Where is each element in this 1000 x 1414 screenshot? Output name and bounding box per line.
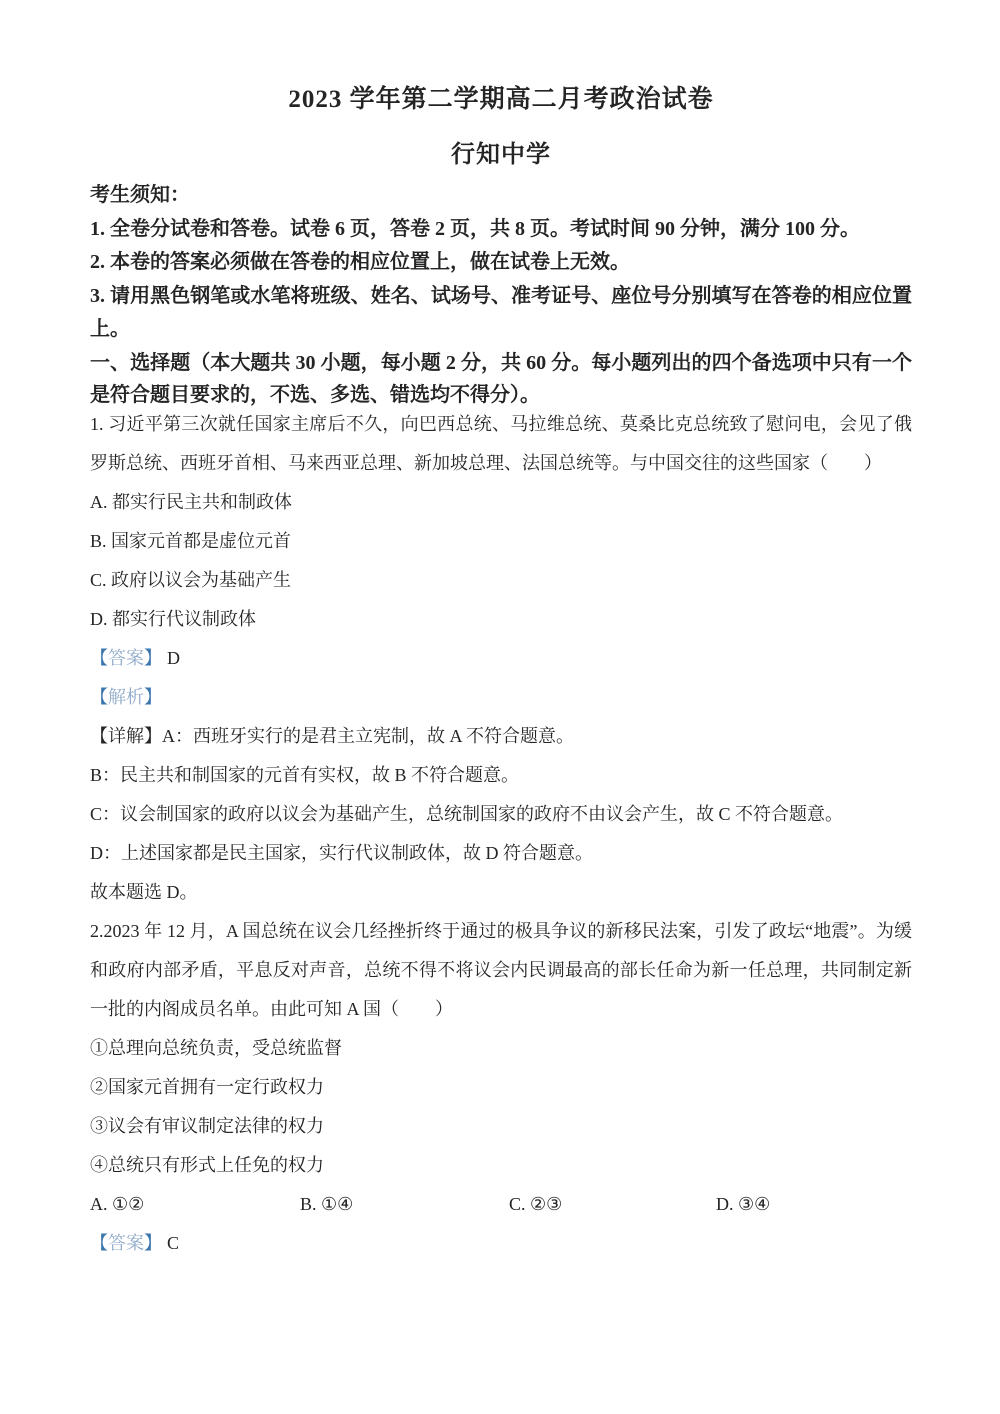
- question-2-options-row: A. ①② B. ①④ C. ②③ D. ③④: [90, 1185, 912, 1224]
- question-1-explanation-line-1: 【详解】A：西班牙实行的是君主立宪制，故 A 不符合题意。: [90, 717, 912, 756]
- question-2-answer-line: 【答案】C: [90, 1224, 912, 1263]
- analysis-bracket-close: 】: [144, 687, 162, 707]
- question-1-explanation-line-4: D：上述国家都是民主国家，实行代议制政体，故 D 符合题意。: [90, 834, 912, 873]
- answer-label: 答案: [108, 648, 144, 668]
- answer-bracket-open: 【: [90, 648, 108, 668]
- question-2-option-a: A. ①②: [90, 1185, 300, 1224]
- question-2-option-b: B. ①④: [300, 1185, 509, 1224]
- question-2-answer-value: C: [167, 1233, 179, 1253]
- exam-page: 2023 学年第二学期高二月考政治试卷 行知中学 考生须知： 1. 全卷分试卷和…: [0, 0, 1000, 1414]
- notice-item-2: 2. 本卷的答案必须做在答卷的相应位置上，做在试卷上无效。: [90, 246, 912, 280]
- answer-label: 答案: [108, 1233, 144, 1253]
- question-2-stem: 2.2023 年 12 月，A 国总统在议会几经挫折终于通过的极具争议的新移民法…: [90, 912, 912, 1029]
- question-2-statement-4: ④总统只有形式上任免的权力: [90, 1146, 912, 1185]
- answer-bracket-close: 】: [144, 648, 162, 668]
- analysis-bracket-open: 【: [90, 687, 108, 707]
- notice-item-1: 1. 全卷分试卷和答卷。试卷 6 页，答卷 2 页，共 8 页。考试时间 90 …: [90, 213, 912, 247]
- answer-bracket-close: 】: [144, 1233, 162, 1253]
- question-2-statement-1: ①总理向总统负责，受总统监督: [90, 1029, 912, 1068]
- question-1-option-a: A. 都实行民主共和制政体: [90, 483, 912, 522]
- exam-title: 2023 学年第二学期高二月考政治试卷: [90, 82, 912, 118]
- notice-section: 考生须知： 1. 全卷分试卷和答卷。试卷 6 页，答卷 2 页，共 8 页。考试…: [90, 179, 912, 347]
- question-2-statement-3: ③议会有审议制定法律的权力: [90, 1107, 912, 1146]
- question-1-option-d: D. 都实行代议制政体: [90, 600, 912, 639]
- school-name: 行知中学: [90, 138, 912, 172]
- notice-heading: 考生须知：: [90, 179, 912, 213]
- answer-bracket-open: 【: [90, 1233, 108, 1253]
- analysis-label: 解析: [108, 687, 144, 707]
- question-1-option-c: C. 政府以议会为基础产生: [90, 561, 912, 600]
- question-1-conclusion: 故本题选 D。: [90, 873, 912, 912]
- question-2-option-c: C. ②③: [509, 1185, 716, 1224]
- questions-area: 1. 习近平第三次就任国家主席后不久，向巴西总统、马拉维总统、莫桑比克总统致了慰…: [90, 405, 912, 1263]
- section-heading: 一、选择题（本大题共 30 小题，每小题 2 分，共 60 分。每小题列出的四个…: [90, 347, 912, 411]
- question-1-answer-line: 【答案】D: [90, 639, 912, 678]
- question-1-stem: 1. 习近平第三次就任国家主席后不久，向巴西总统、马拉维总统、莫桑比克总统致了慰…: [90, 405, 912, 483]
- question-2-statement-2: ②国家元首拥有一定行政权力: [90, 1068, 912, 1107]
- question-1-option-b: B. 国家元首都是虚位元首: [90, 522, 912, 561]
- question-1-analysis-line: 【解析】: [90, 678, 912, 717]
- notice-item-3: 3. 请用黑色钢笔或水笔将班级、姓名、试场号、准考证号、座位号分别填写在答卷的相…: [90, 280, 912, 347]
- question-1-answer-value: D: [167, 648, 180, 668]
- question-1-explanation-line-3: C：议会制国家的政府以议会为基础产生，总统制国家的政府不由议会产生，故 C 不符…: [90, 795, 912, 834]
- question-1-explanation-line-2: B：民主共和制国家的元首有实权，故 B 不符合题意。: [90, 756, 912, 795]
- question-2-option-d: D. ③④: [716, 1185, 912, 1224]
